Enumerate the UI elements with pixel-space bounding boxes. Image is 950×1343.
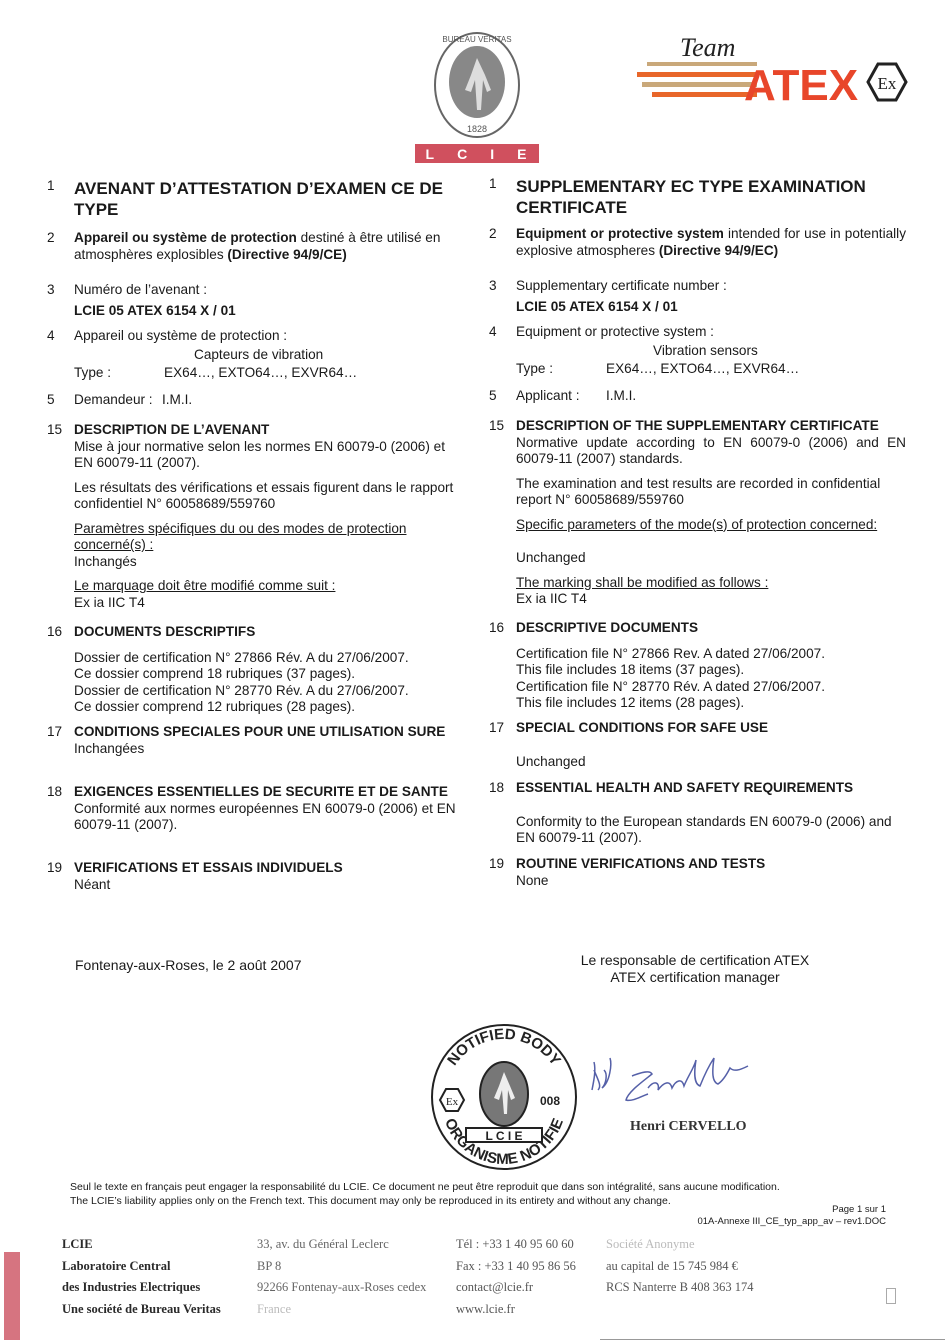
address-line: BP 8 (257, 1256, 426, 1278)
value: Conformity to the European standards EN … (516, 814, 906, 847)
applicant-label: Applicant : (516, 388, 606, 405)
section-number: 3 (489, 278, 513, 295)
equipment-label: Equipment or protective system (516, 226, 724, 241)
section-number: 17 (489, 720, 513, 737)
section-number: 1 (489, 176, 513, 193)
postal-address: 33, av. du Général Leclerc BP 8 92266 Fo… (257, 1234, 426, 1320)
type-label: Type : (74, 365, 164, 382)
section-title: VERIFICATIONS ET ESSAIS INDIVIDUELS (74, 860, 464, 877)
value: Unchanged (516, 550, 906, 567)
paragraph: The examination and test results are rec… (516, 476, 906, 509)
product-name: Capteurs de vibration (74, 347, 464, 364)
doc-line: Ce dossier comprend 12 rubriques (28 pag… (74, 699, 464, 716)
page-info: Page 1 sur 1 01A-Annexe III_CE_typ_app_a… (697, 1204, 886, 1227)
certificate-number: LCIE 05 ATEX 6154 X / 01 (516, 299, 906, 316)
side-stamp (4, 1252, 20, 1340)
lcie-letter: E (517, 146, 528, 162)
section-number: 4 (489, 324, 513, 341)
doc-line: Dossier de certification N° 27866 Rév. A… (74, 650, 464, 667)
legal-block: Société Anonyme au capital de 15 745 984… (606, 1234, 754, 1299)
value: None (516, 873, 906, 890)
legal-line: RCS Nanterre B 408 363 174 (606, 1277, 754, 1299)
contact-block: Tél : +33 1 40 95 60 60 Fax : +33 1 40 9… (456, 1234, 576, 1320)
address-line: 92266 Fontenay-aux-Roses cedex (257, 1277, 426, 1299)
section-title: EXIGENCES ESSENTIELLES DE SECURITE ET DE… (74, 784, 464, 801)
website-link[interactable]: www.lcie.fr (456, 1299, 576, 1321)
section-number: 5 (47, 392, 71, 409)
value: Néant (74, 877, 464, 894)
section-number: 2 (47, 230, 71, 247)
legal-line: Société Anonyme (606, 1234, 754, 1256)
applicant-value: I.M.I. (606, 388, 636, 405)
disclaimer: Seul le texte en français peut engager l… (70, 1180, 780, 1208)
paragraph: Mise à jour normative selon les normes E… (74, 439, 464, 472)
doc-line: Certification file N° 27866 Rev. A dated… (516, 646, 906, 663)
signer-name: Henri CERVELLO (630, 1119, 747, 1135)
section-number: 2 (489, 226, 513, 243)
section-number: 17 (47, 724, 71, 741)
legal-line: au capital de 15 745 984 € (606, 1256, 754, 1278)
section-number: 1 (47, 178, 71, 195)
section-number: 16 (489, 620, 513, 637)
company-block: LCIE Laboratoire Central des Industries … (62, 1234, 221, 1320)
team-atex-logo: Team ATEX Ex (632, 28, 910, 108)
section-title: SPECIAL CONDITIONS FOR SAFE USE (516, 720, 906, 737)
applicant-value: I.M.I. (162, 392, 192, 409)
section-title: ESSENTIAL HEALTH AND SAFETY REQUIREMENTS (516, 780, 906, 797)
section-number: 19 (489, 856, 513, 873)
section-number: 3 (47, 282, 71, 299)
corner-mark (886, 1288, 896, 1304)
doc-line: This file includes 18 items (37 pages). (516, 662, 906, 679)
signer-role: Le responsable de certification ATEX ATE… (560, 952, 830, 986)
disclaimer-fr: Seul le texte en français peut engager l… (70, 1180, 780, 1194)
svg-text:1828: 1828 (467, 124, 487, 134)
phone: Tél : +33 1 40 95 60 60 (456, 1234, 576, 1256)
section-number: 5 (489, 388, 513, 405)
doc-line: This file includes 12 items (28 pages). (516, 695, 906, 712)
directive: (Directive 94/9/CE) (227, 247, 346, 262)
section-title: DOCUMENTS DESCRIPTIFS (74, 624, 464, 641)
email-link[interactable]: contact@lcie.fr (456, 1277, 576, 1299)
section-number: 16 (47, 624, 71, 641)
section-title: CONDITIONS SPECIALES POUR UNE UTILISATIO… (74, 724, 464, 741)
svg-text:BUREAU VERITAS: BUREAU VERITAS (442, 35, 511, 44)
type-value: EX64…, EXTO64…, EXVR64… (164, 365, 357, 382)
certificate-number: LCIE 05 ATEX 6154 X / 01 (74, 303, 464, 320)
lcie-letter: C (457, 146, 469, 162)
document-reference: 01A-Annexe III_CE_typ_app_av – rev1.DOC (697, 1216, 886, 1228)
section-number: 19 (47, 860, 71, 877)
marking-value: Ex ia IIC T4 (74, 595, 464, 612)
company-line: des Industries Electriques (62, 1277, 221, 1299)
value: Conformité aux normes européennes EN 600… (74, 801, 464, 834)
directive: (Directive 94/9/EC) (659, 243, 778, 258)
certificate-number-label: Numéro de l’avenant : (74, 282, 464, 299)
role-en: ATEX certification manager (560, 969, 830, 986)
section-number: 18 (47, 784, 71, 801)
underlined-heading: Paramètres spécifiques du ou des modes d… (74, 521, 464, 554)
section-title: DESCRIPTIVE DOCUMENTS (516, 620, 906, 637)
svg-text:ATEX: ATEX (744, 61, 858, 108)
lcie-letter: I (490, 146, 496, 162)
svg-text:L C I E: L C I E (485, 1129, 522, 1143)
en-title: SUPPLEMENTARY EC TYPE EXAMINATION CERTIF… (516, 176, 906, 218)
value: Inchangées (74, 741, 464, 758)
section-title: DESCRIPTION OF THE SUPPLEMENTARY CERTIFI… (516, 418, 906, 435)
doc-line: Ce dossier comprend 18 rubriques (37 pag… (74, 666, 464, 683)
svg-text:008: 008 (540, 1094, 560, 1108)
company-line: Laboratoire Central (62, 1256, 221, 1278)
doc-line: Dossier de certification N° 28770 Rév. A… (74, 683, 464, 700)
applicant-label: Demandeur : (74, 392, 162, 409)
section-number: 15 (489, 418, 513, 435)
section-number: 15 (47, 422, 71, 439)
page-number: Page 1 sur 1 (697, 1204, 886, 1216)
value: Inchangés (74, 554, 464, 571)
bottom-rule (600, 1339, 945, 1340)
bureau-veritas-logo: 1828 BUREAU VERITAS (431, 30, 523, 140)
place-date: Fontenay-aux-Roses, le 2 août 2007 (75, 957, 301, 973)
role-fr: Le responsable de certification ATEX (560, 952, 830, 969)
address-line: France (257, 1299, 426, 1321)
company-name: LCIE (62, 1234, 221, 1256)
company-line: Une société de Bureau Veritas (62, 1299, 221, 1321)
section-title: DESCRIPTION DE L’AVENANT (74, 422, 464, 439)
notified-body-stamp: NOTIFIED BODY ORGANISME NOTIFIE Ex 008 L… (428, 1022, 580, 1172)
address-line: 33, av. du Général Leclerc (257, 1234, 426, 1256)
paragraph: Les résultats des vérifications et essai… (74, 480, 464, 513)
signature (580, 1050, 780, 1120)
svg-text:Ex: Ex (446, 1096, 459, 1108)
paragraph: Normative update according to EN 60079-0… (516, 435, 906, 468)
section-number: 4 (47, 328, 71, 345)
lcie-band: L C I E (415, 144, 539, 163)
product-label: Appareil ou système de protection : (74, 328, 464, 345)
lcie-letter: L (426, 146, 437, 162)
svg-text:Team: Team (680, 33, 735, 62)
doc-line: Certification file N° 28770 Rév. A dated… (516, 679, 906, 696)
section-title: ROUTINE VERIFICATIONS AND TESTS (516, 856, 906, 873)
underlined-heading: The marking shall be modified as follows… (516, 575, 906, 592)
equipment-label: Appareil ou système de protection (74, 230, 297, 245)
marking-value: Ex ia IIC T4 (516, 591, 906, 608)
svg-text:Ex: Ex (878, 74, 897, 93)
fax: Fax : +33 1 40 95 86 56 (456, 1256, 576, 1278)
fr-title: AVENANT D’ATTESTATION D’EXAMEN CE DE TYP… (74, 178, 464, 220)
type-label: Type : (516, 361, 606, 378)
disclaimer-en: The LCIE’s liability applies only on the… (70, 1194, 780, 1208)
certificate-number-label: Supplementary certificate number : (516, 278, 906, 295)
underlined-heading: Le marquage doit être modifié comme suit… (74, 578, 464, 595)
value: Unchanged (516, 754, 906, 771)
product-label: Equipment or protective system : (516, 324, 906, 341)
underlined-heading: Specific parameters of the mode(s) of pr… (516, 517, 906, 534)
product-name: Vibration sensors (516, 343, 906, 360)
section-number: 18 (489, 780, 513, 797)
type-value: EX64…, EXTO64…, EXVR64… (606, 361, 799, 378)
